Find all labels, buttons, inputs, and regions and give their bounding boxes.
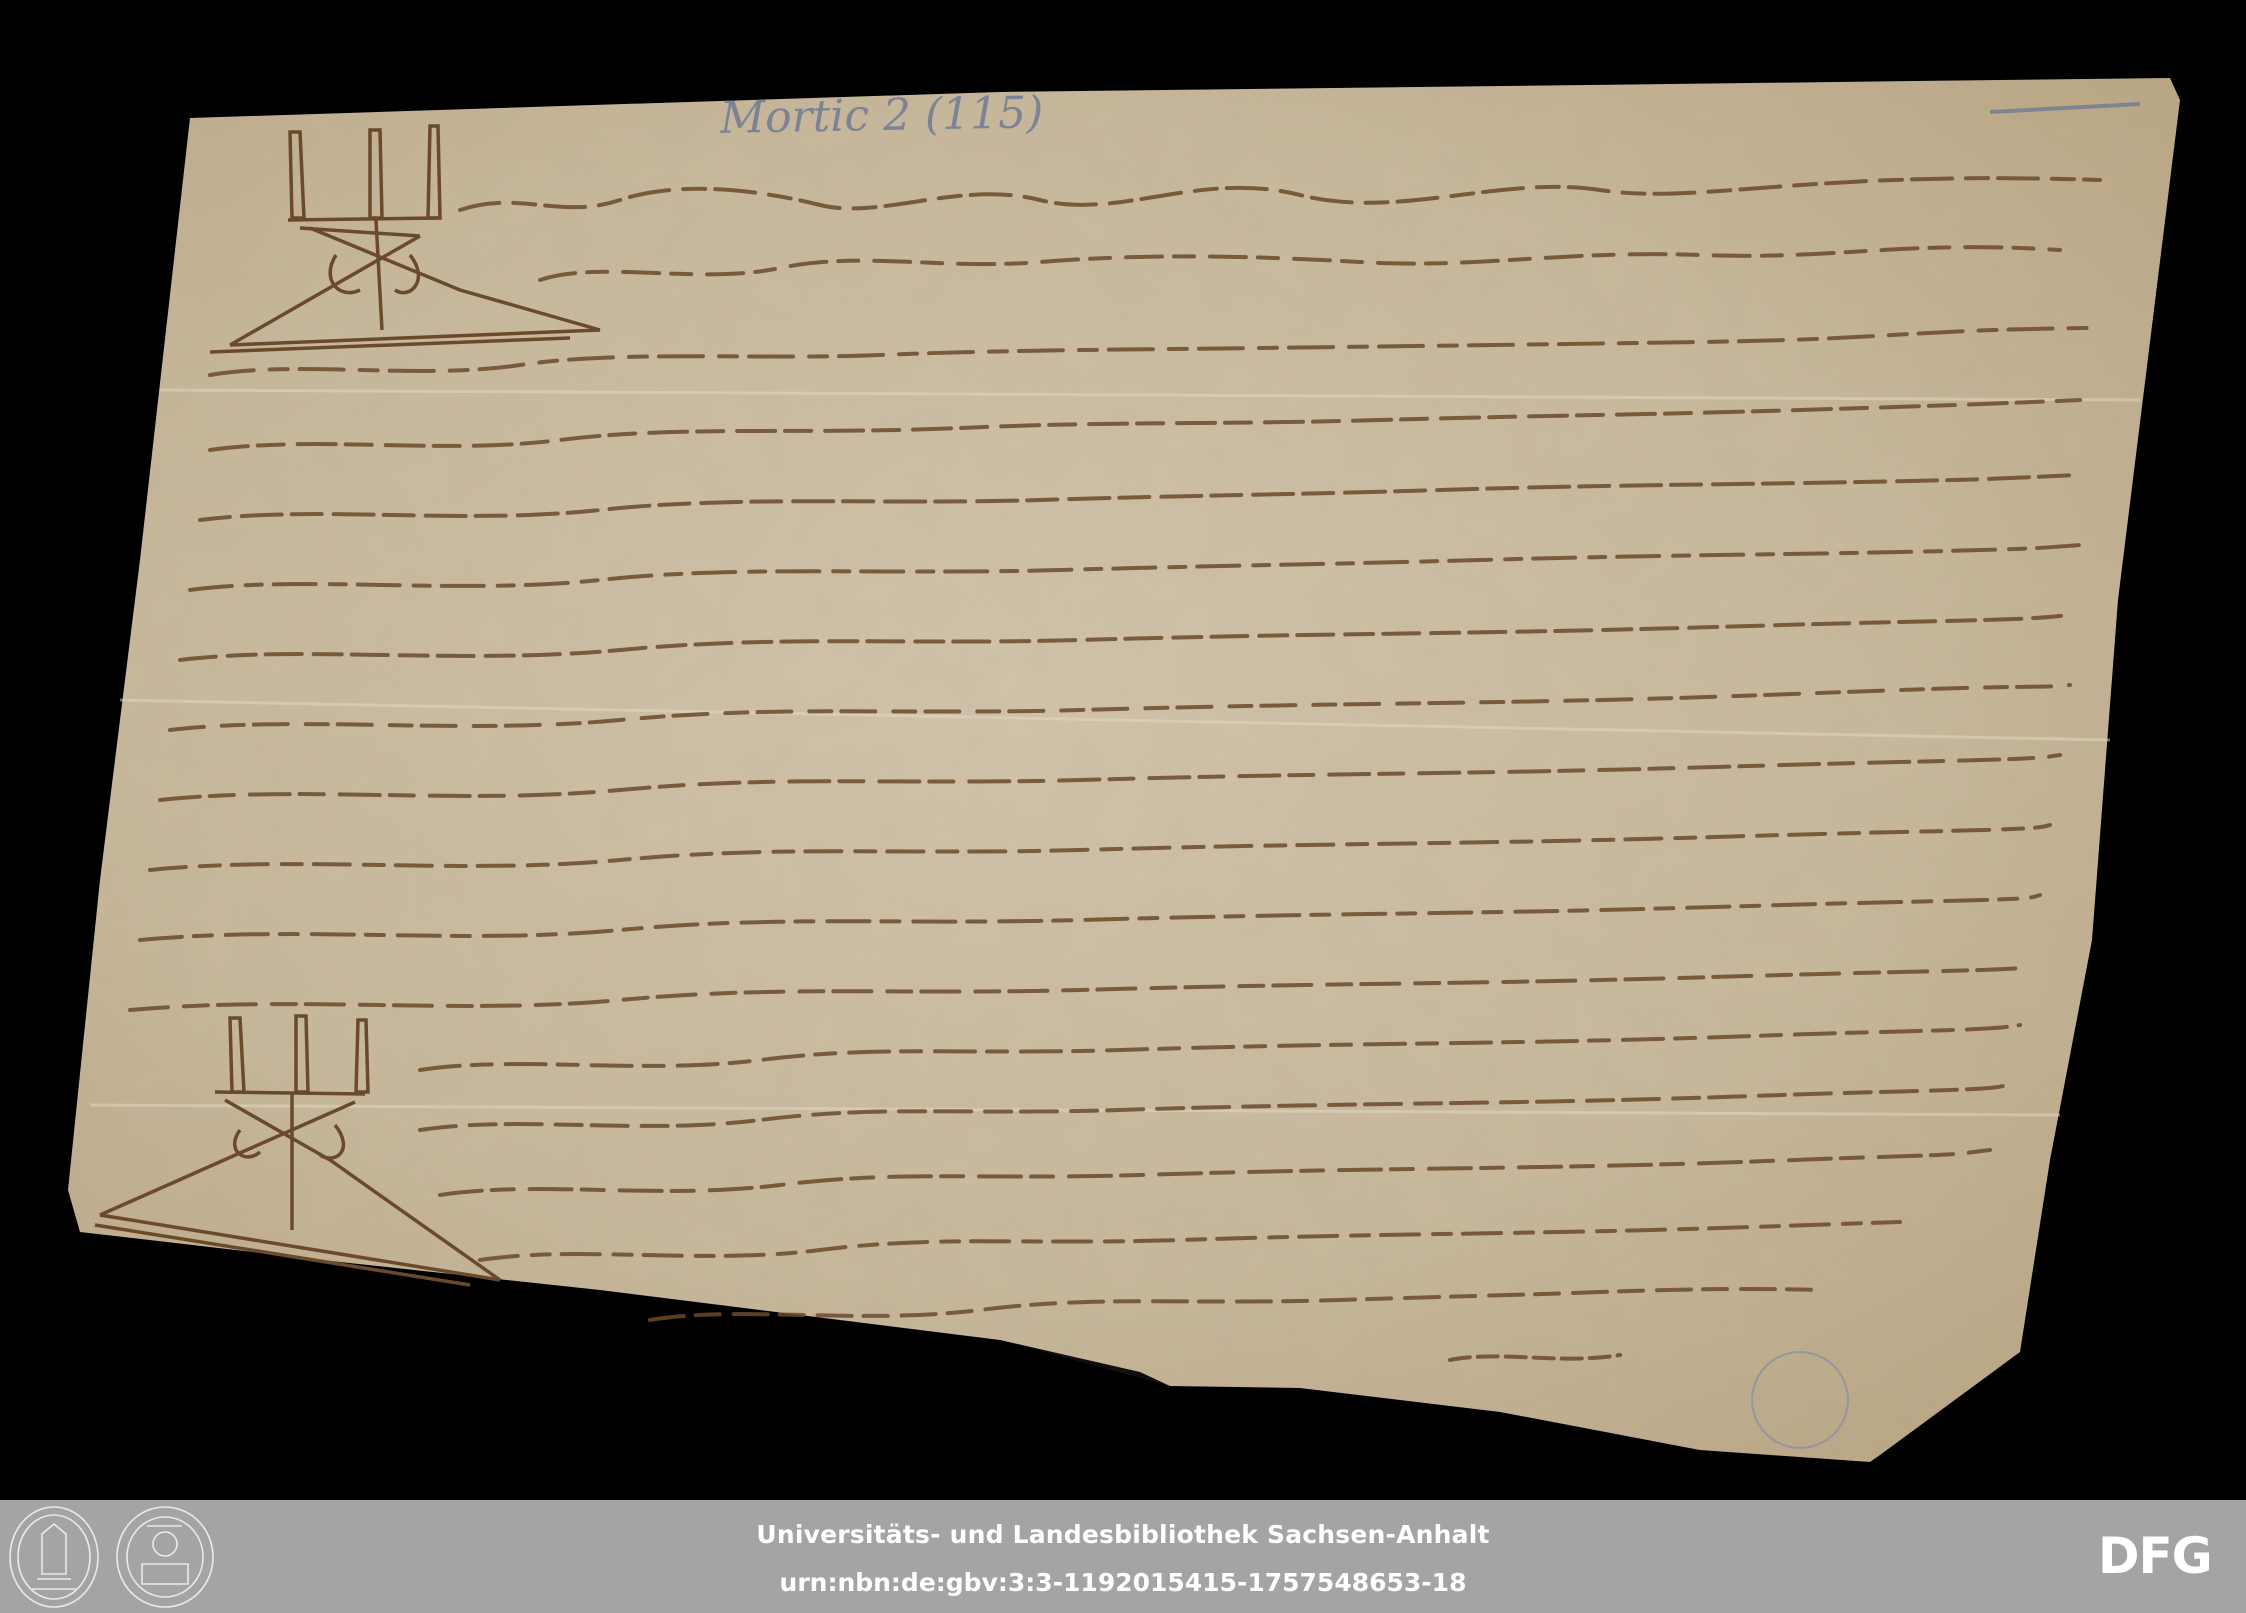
dfg-logo-icon: DFG <box>2098 1532 2230 1580</box>
document-scan: Mortic 2 (115) <box>0 0 2246 1500</box>
shelfmark-annotation: Mortic 2 (115) <box>720 87 1044 144</box>
urn-identifier: urn:nbn:de:gbv:3:3-1192015415-1757548653… <box>0 1566 2246 1600</box>
parchment-charter <box>0 0 2246 1500</box>
institution-name: Universitäts- und Landesbibliothek Sachs… <box>0 1518 2246 1552</box>
footer-text: Universitäts- und Landesbibliothek Sachs… <box>0 1518 2246 1600</box>
footer-bar: Universitäts- und Landesbibliothek Sachs… <box>0 1500 2246 1613</box>
